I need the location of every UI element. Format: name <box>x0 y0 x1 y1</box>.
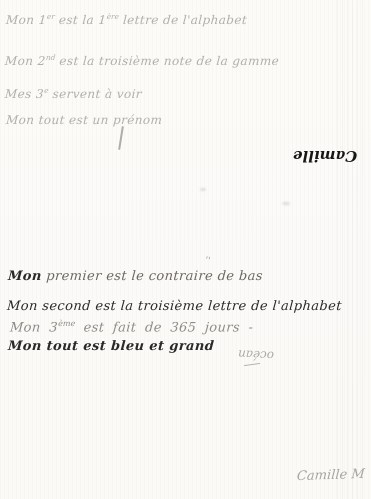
signature-bottom: Camille M <box>296 467 365 484</box>
pencil-tick-marks: '' <box>204 256 211 267</box>
riddle1-line3-text: Mes 3 <box>4 87 44 101</box>
signature-middle-rotated: Camille <box>293 147 357 165</box>
riddle1-line2-text: Mon 2 <box>4 54 46 68</box>
scanned-paper-page: Mon 1er est la 1ère lettre de l'alphabet… <box>0 0 371 499</box>
riddle2-line3: Mon 3ème est fait de 365 jours - <box>9 319 253 335</box>
riddle2-line1-text: premier est le contraire de bas <box>41 269 263 284</box>
riddle1-line1: Mon 1er est la 1ère lettre de l'alphabet <box>5 12 247 27</box>
riddle2-line3-text: Mon 3 <box>9 320 58 335</box>
riddle1-line1-text: Mon 1 <box>5 13 47 27</box>
riddle2-line3-sup: ème <box>58 319 76 328</box>
riddle1-line1-sup2: ère <box>106 12 119 21</box>
answer-underline-dash <box>244 363 260 366</box>
paper-scan-texture <box>337 0 363 499</box>
riddle2-answer-rotated: océan <box>238 347 275 363</box>
riddle1-line1-text2: est la 1 <box>54 13 107 27</box>
pencil-stroke-mark <box>118 126 123 150</box>
riddle1-line1-text3: lettre de l'alphabet <box>118 13 247 27</box>
riddle2-line2: Mon second est la troisième lettre de l'… <box>6 299 342 314</box>
riddle1-line2-text2: est la troisième note de la gamme <box>55 54 280 68</box>
paper-smudge <box>282 202 290 205</box>
riddle2-line3-text2: est fait de 365 jours - <box>75 320 254 335</box>
riddle2-line1: Mon premier est le contraire de bas <box>7 269 263 284</box>
riddle1-line4-text: Mon tout est un prénom <box>6 113 163 127</box>
riddle2-line4: Mon tout est bleu et grand <box>7 339 214 354</box>
riddle1-line2: Mon 2nd est la troisième note de la gamm… <box>4 53 279 68</box>
riddle2-line1-word-mon: Mon <box>7 269 42 284</box>
riddle1-line3: Mes 3e servent à voir <box>4 86 142 101</box>
riddle1-line4: Mon tout est un prénom <box>6 113 163 127</box>
riddle1-line3-text2: servent à voir <box>48 87 143 101</box>
paper-smudge <box>200 188 206 191</box>
